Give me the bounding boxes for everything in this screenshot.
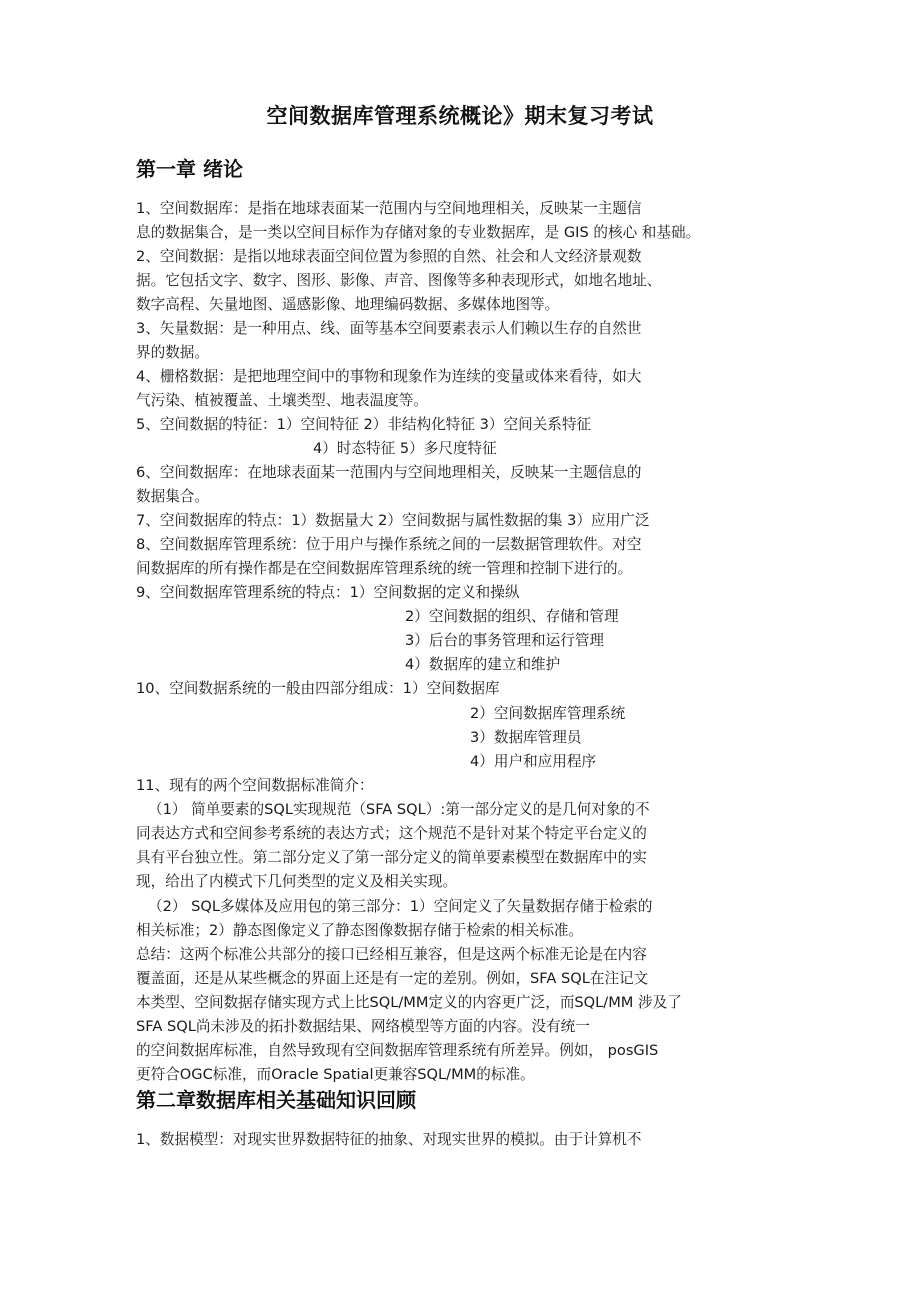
text-line: 3）数据库管理员: [470, 727, 581, 749]
text-line: 1、数据模型：对现实世界数据特征的抽象、对现实世界的模拟。由于计算机不: [136, 1129, 641, 1151]
text-line: 2）空间数据的组织、存储和管理: [405, 606, 619, 628]
text-line: 5、空间数据的特征：1）空间特征 2）非结构化特征 3）空间关系特征: [136, 414, 591, 436]
text-line: 1、空间数据库：是指在地球表面某一范围内与空间地理相关，反映某一主题信: [136, 198, 641, 220]
text-line: 同表达方式和空间参考系统的表达方式；这个规范不是针对某个特定平台定义的: [136, 823, 647, 845]
text-line: 3、矢量数据：是一种用点、线、面等基本空间要素表示人们赖以生存的自然世: [136, 318, 641, 340]
text-line: 4、栅格数据：是把地理空间中的事物和现象作为连续的变量或体来看待，如大: [136, 366, 641, 388]
text-line: 相关标准；2）静态图像定义了静态图像数据存储于检索的相关标准。: [136, 920, 583, 942]
text-line: （2） SQL多媒体及应用包的第三部分：1）空间定义了矢量数据存储于检索的: [148, 896, 653, 918]
text-line: 8、空间数据库管理系统：位于用户与操作系统之间的一层数据管理软件。对空: [136, 534, 641, 556]
document-title: 空间数据库管理系统概论》期末复习考试: [0, 101, 920, 131]
text-line: 11、现有的两个空间数据标准简介：: [136, 775, 373, 797]
text-line: 总结：这两个标准公共部分的接口已经相互兼容，但是这两个标准无论是在内容: [136, 944, 647, 966]
text-line: 4）时态特征 5）多尺度特征: [313, 438, 497, 460]
text-line: 息的数据集合，是一类以空间目标作为存储对象的专业数据库，是 GIS 的核心 和基…: [136, 222, 700, 244]
text-line: 9、空间数据库管理系统的特点：1）空间数据的定义和操纵: [136, 582, 519, 604]
text-line: 间数据库的所有操作都是在空间数据库管理系统的统一管理和控制下进行的。: [136, 558, 632, 580]
text-line: 覆盖面，还是从某些概念的界面上还是有一定的差别。例如，SFA SQL在注记文: [136, 968, 648, 990]
text-line: 具有平台独立性。第二部分定义了第一部分定义的简单要素模型在数据库中的实: [136, 847, 647, 869]
text-line: 7、空间数据库的特点：1）数据量大 2）空间数据与属性数据的集 3）应用广泛: [136, 510, 649, 532]
text-line: 现，给出了内模式下几何类型的定义及相关实现。: [136, 871, 457, 893]
text-line: 3）后台的事务管理和运行管理: [405, 630, 604, 652]
chapter-2-heading: 第二章数据库相关基础知识回顾: [136, 1086, 416, 1114]
text-line: 界的数据。: [136, 342, 209, 364]
document-page: 空间数据库管理系统概论》期末复习考试 第一章 绪论 1、空间数据库：是指在地球表…: [0, 0, 920, 1302]
text-line: 更符合OGC标准，而Oracle Spatial更兼容SQL/MM的标准。: [136, 1064, 535, 1086]
text-line: 2）空间数据库管理系统: [470, 703, 625, 725]
text-line: 的空间数据库标准，自然导致现有空间数据库管理系统有所差异。例如， posGIS: [136, 1040, 658, 1062]
text-line: 数字高程、矢量地图、遥感影像、地理编码数据、多媒体地图等。: [136, 294, 559, 316]
text-line: 6、空间数据库：在地球表面某一范围内与空间地理相关，反映某一主题信息的: [136, 462, 641, 484]
text-line: 据。它包括文字、数字、图形、影像、声音、图像等多种表现形式，如地名地址、: [136, 270, 661, 292]
chapter-1-heading: 第一章 绪论: [136, 155, 243, 183]
text-line: 数据集合。: [136, 486, 209, 508]
text-line: 气污染、植被覆盖、土壤类型、地表温度等。: [136, 390, 428, 412]
text-line: 2、空间数据：是指以地球表面空间位置为参照的自然、社会和人文经济景观数: [136, 246, 641, 268]
text-line: （1） 简单要素的SQL实现规范（SFA SQL）:第一部分定义的是几何对象的不: [148, 799, 650, 821]
text-line: SFA SQL尚未涉及的拓扑数据结果、网络模型等方面的内容。没有统一: [136, 1016, 590, 1038]
text-line: 10、空间数据系统的一般由四部分组成：1）空间数据库: [136, 678, 500, 700]
text-line: 4）用户和应用程序: [470, 751, 596, 773]
text-line: 4）数据库的建立和维护: [405, 654, 560, 676]
text-line: 本类型、空间数据存储实现方式上比SQL/MM定义的内容更广泛，而SQL/MM 涉…: [136, 992, 682, 1014]
